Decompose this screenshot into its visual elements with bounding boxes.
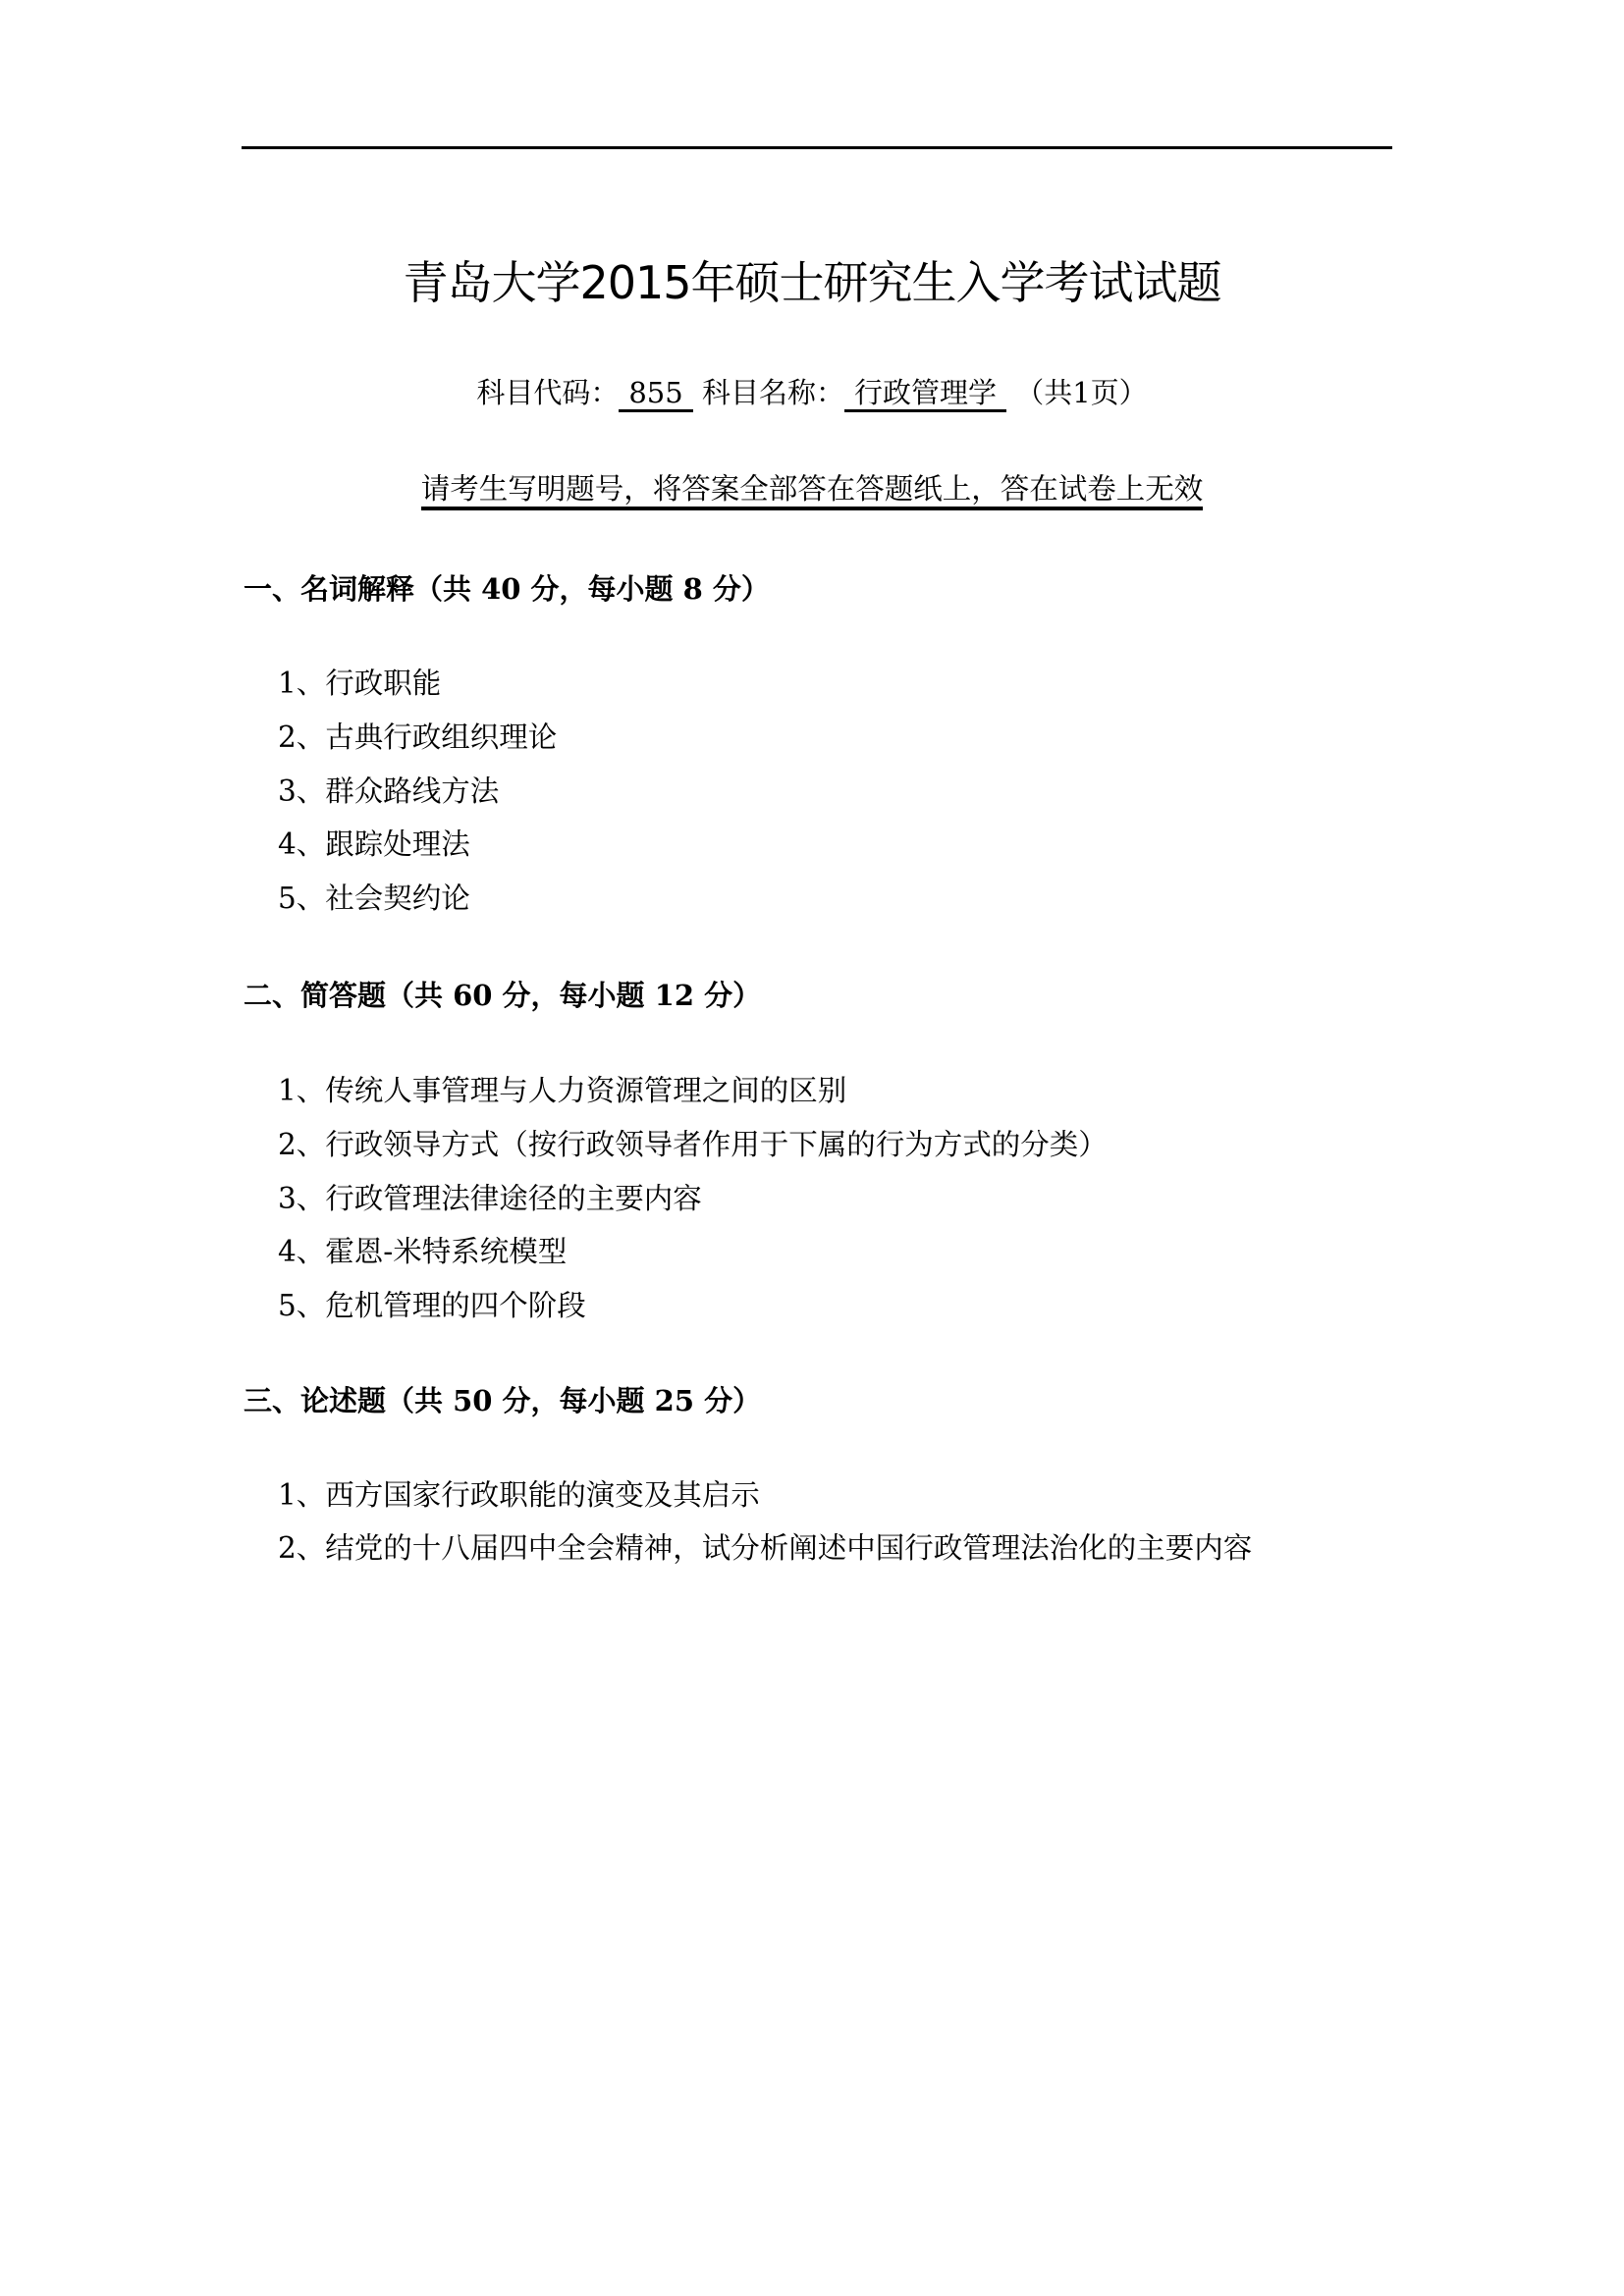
exam-title: 青岛大学2015年硕士研究生入学考试试题	[0, 253, 1624, 312]
question-item: 3、行政管理法律途径的主要内容	[278, 1179, 702, 1218]
question-item: 1、西方国家行政职能的演变及其启示	[278, 1475, 760, 1515]
question-item: 2、古典行政组织理论	[278, 718, 557, 757]
question-item: 1、传统人事管理与人力资源管理之间的区别	[278, 1071, 846, 1110]
section-header-2: 二、简答题（共 60 分，每小题 12 分）	[244, 976, 761, 1015]
subject-info-line: 科目代码：855 科目名称：行政管理学 （共1页）	[0, 373, 1624, 412]
question-item: 4、跟踪处理法	[278, 825, 470, 864]
question-item: 5、社会契约论	[278, 879, 470, 918]
question-item: 2、结党的十八届四中全会精神，试分析阐述中国行政管理法治化的主要内容	[278, 1528, 1252, 1568]
exam-instruction: 请考生写明题号，将答案全部答在答题纸上，答在试卷上无效	[0, 469, 1624, 508]
question-item: 2、行政领导方式（按行政领导者作用于下属的行为方式的分类）	[278, 1125, 1108, 1164]
question-item: 3、群众路线方法	[278, 772, 499, 811]
subject-name-label: 科目名称：	[702, 376, 844, 409]
question-item: 4、霍恩-米特系统模型	[278, 1232, 567, 1271]
page-count: （共1页）	[1015, 376, 1147, 409]
section-header-1: 一、名词解释（共 40 分，每小题 8 分）	[244, 569, 770, 609]
subject-code-label: 科目代码：	[476, 376, 619, 409]
instruction-text: 请考生写明题号，将答案全部答在答题纸上，答在试卷上无效	[421, 472, 1204, 510]
header-rule	[242, 146, 1392, 149]
question-item: 5、危机管理的四个阶段	[278, 1286, 586, 1325]
subject-name-value: 行政管理学	[844, 376, 1006, 412]
question-item: 1、行政职能	[278, 664, 441, 703]
section-header-3: 三、论述题（共 50 分，每小题 25 分）	[244, 1381, 761, 1420]
subject-code-value: 855	[619, 376, 692, 412]
